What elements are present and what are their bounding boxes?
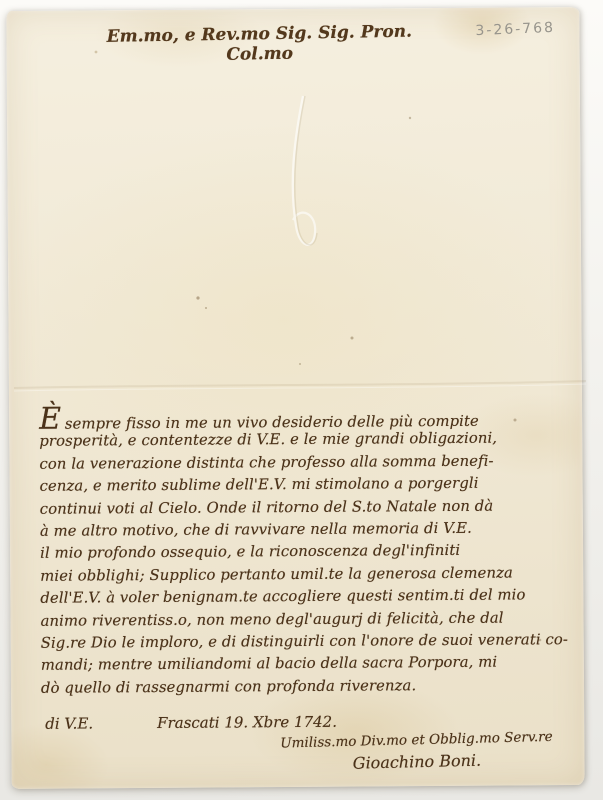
letter-line: con la venerazione distinta che professo… — [39, 450, 573, 476]
catalog-number: 3-26-768 — [476, 20, 556, 39]
closing-formula: di V.E. — [45, 714, 93, 732]
signature-name: Gioachino Boni. — [280, 749, 553, 775]
letter-body: È sempre fisso in me un vivo desiderio d… — [39, 405, 575, 700]
signature-block: Umiliss.mo Div.mo et Obblig.mo Serv.re G… — [280, 729, 553, 775]
letter-line: dell'E.V. à voler benignam.te accogliere… — [40, 584, 574, 610]
manuscript-scan: Em.mo, e Rev.mo Sig. Sig. Pron. Col.mo 3… — [0, 0, 603, 800]
letter-line: mandi; mentre umiliandomi al bacio della… — [41, 651, 575, 677]
salutation-line: Em.mo, e Rev.mo Sig. Sig. Pron. Col.mo — [84, 21, 435, 67]
letter-paper: Em.mo, e Rev.mo Sig. Sig. Pron. Col.mo 3… — [6, 7, 584, 789]
letter-line: dò quello di rassegnarmi con profonda ri… — [41, 674, 575, 700]
signature-title: Umiliss.mo Div.mo et Obblig.mo Serv.re — [280, 729, 553, 752]
closing-row: di V.E. Frascati 19. Xbre 1742. — [45, 713, 337, 733]
dateline: Frascati 19. Xbre 1742. — [157, 713, 337, 732]
